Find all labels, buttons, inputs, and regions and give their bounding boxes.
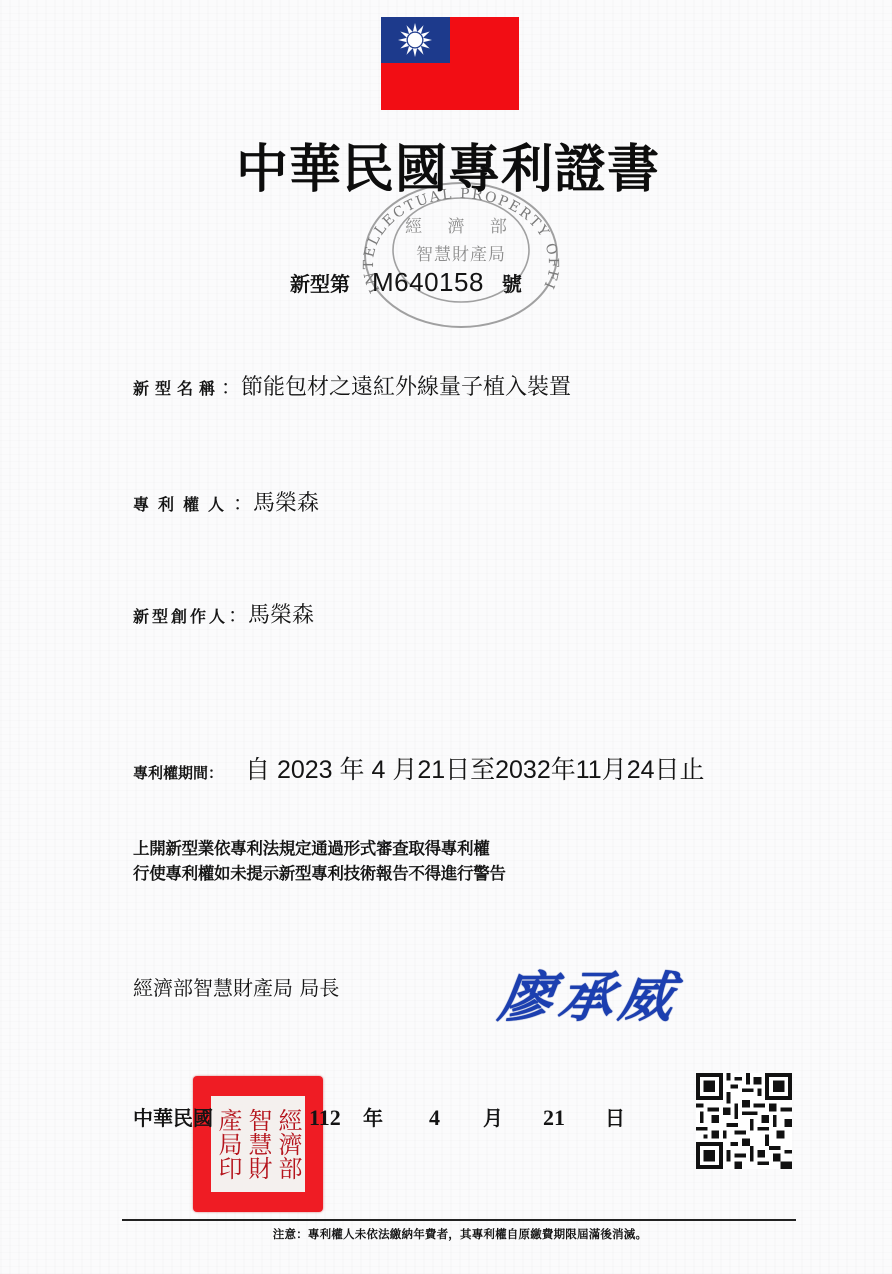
official-square-seal-icon: 經濟部 智慧財 產局印 (193, 1076, 323, 1212)
patent-number-suffix: 號 (502, 272, 522, 296)
white-sun-icon (392, 20, 438, 60)
legal-notice-line: 上開新型業依專利法規定通過形式審查取得專利權 (133, 836, 506, 861)
stamp-inner-line1: 經 濟 部 (405, 217, 517, 237)
field-patentee: 專利權人：馬榮森 (133, 488, 319, 520)
stamp-inner-line2: 智慧財產局 (416, 245, 506, 265)
office-round-stamp-icon: INTELLECTUAL PROPERTY OFFICE 經 濟 部 智慧財產局 (362, 180, 560, 330)
director-title: 經濟部智慧財產局 局長 (133, 972, 339, 1001)
patent-number-value: M640158 (372, 267, 484, 297)
field-separator: ： (228, 603, 248, 627)
footer-annual-fee-notice: 注意：專利權人未依法繳納年費者，其專利權自原繳費期限屆滿後消滅。 (120, 1226, 800, 1242)
patent-number: 新型第M640158號 (290, 266, 522, 298)
field-label: 專利權人 (133, 495, 233, 514)
patent-term-label: 專利權期間： (133, 764, 223, 782)
qr-code-icon[interactable] (696, 1072, 792, 1170)
footer-divider (122, 1219, 796, 1221)
field-value: 馬榮森 (253, 491, 319, 516)
roc-flag-icon (381, 17, 519, 110)
issue-date-day-unit: 日 (605, 1102, 625, 1131)
issue-date: 中華民國112年4月21日 (133, 1102, 625, 1131)
patent-term-value: 自 2023 年 4 月21日至2032年11月24日止 (245, 756, 705, 784)
issue-date-month: 4 (429, 1105, 483, 1131)
legal-notice: 上開新型業依專利法規定通過形式審查取得專利權 行使專利權如未提示新型專利技術報告… (133, 836, 506, 886)
director-signature: 廖承威 (495, 955, 686, 1032)
field-value: 馬榮森 (248, 603, 314, 628)
field-separator: ： (221, 375, 241, 399)
issue-date-year: 112 (309, 1105, 363, 1131)
field-label: 新型名稱 (133, 379, 221, 398)
issue-date-month-unit: 月 (483, 1102, 543, 1131)
field-separator: ： (233, 491, 253, 515)
issue-date-era: 中華民國 (133, 1102, 309, 1131)
legal-notice-line: 行使專利權如未提示新型專利技術報告不得進行警告 (133, 861, 506, 886)
patent-number-prefix: 新型第 (290, 272, 350, 296)
field-utility-model-name: 新型名稱：節能包材之遠紅外線量子植入裝置 (133, 372, 571, 404)
issue-date-day: 21 (543, 1105, 605, 1131)
field-creator: 新型創作人：馬榮森 (133, 600, 314, 632)
patent-term: 專利權期間：自 2023 年 4 月21日至2032年11月24日止 (133, 754, 705, 789)
field-value: 節能包材之遠紅外線量子植入裝置 (241, 375, 571, 400)
field-label: 新型創作人 (133, 607, 228, 626)
issue-date-year-unit: 年 (363, 1102, 429, 1131)
certificate-title: 中華民國專利證書 (218, 138, 678, 202)
